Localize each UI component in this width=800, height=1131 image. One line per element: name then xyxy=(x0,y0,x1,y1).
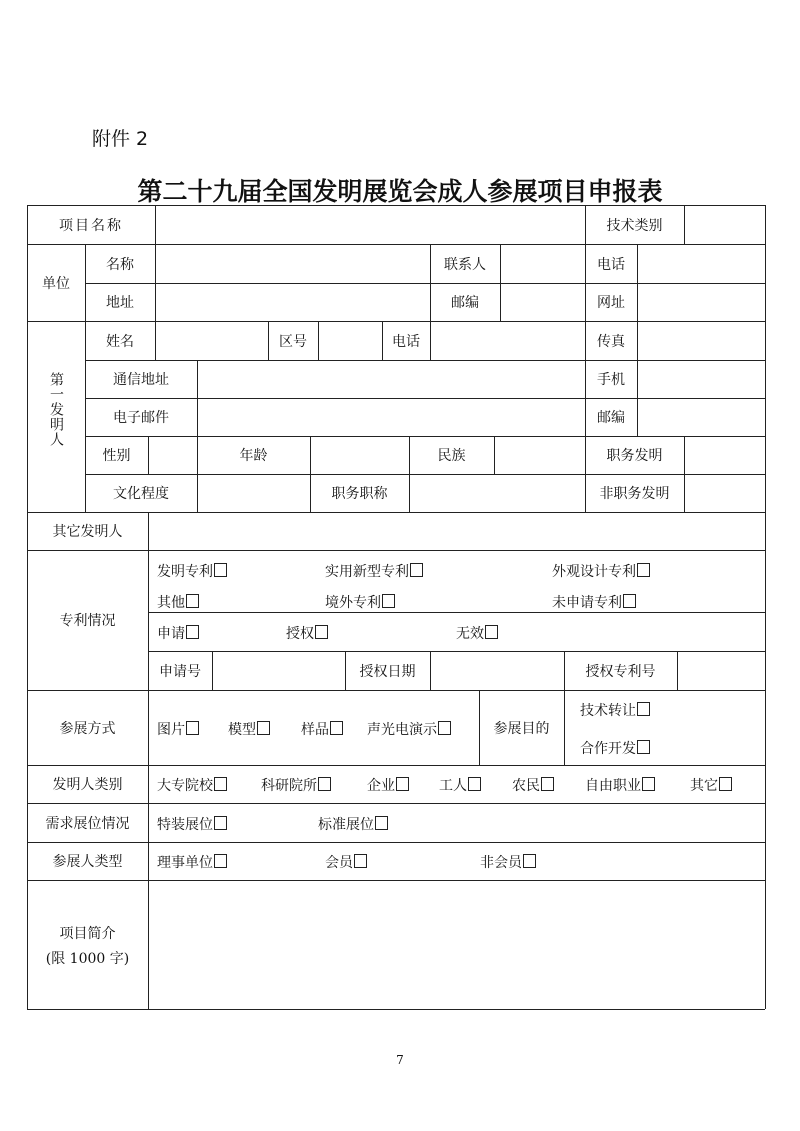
row-divider xyxy=(148,612,765,613)
checkbox-icon[interactable] xyxy=(315,625,328,639)
option-label: 授权 xyxy=(286,626,314,642)
option-label: 企业 xyxy=(367,778,395,794)
checkbox-icon[interactable] xyxy=(637,740,650,754)
option-label: 标准展位 xyxy=(318,817,374,833)
checkbox-icon[interactable] xyxy=(354,854,367,868)
other-inventors-label: 其它发明人 xyxy=(27,512,148,550)
category-college-checkbox[interactable]: 大专院校 xyxy=(157,775,227,795)
category-freelance-checkbox[interactable]: 自由职业 xyxy=(585,775,655,795)
attachment-label: 附件 2 xyxy=(92,124,148,151)
exhibitor-member-checkbox[interactable]: 会员 xyxy=(325,852,367,872)
patent-status-invalid-checkbox[interactable]: 无效 xyxy=(456,623,498,643)
unit-postcode-label: 邮编 xyxy=(430,283,500,321)
project-name-field[interactable] xyxy=(156,206,585,244)
email-label: 电子邮件 xyxy=(85,398,197,436)
booth-special-checkbox[interactable]: 特装展位 xyxy=(157,814,227,834)
option-label: 申请 xyxy=(157,626,185,642)
booth-need-label: 需求展位情况 xyxy=(27,803,148,842)
service-invention-field[interactable] xyxy=(685,437,765,474)
fax-field[interactable] xyxy=(638,322,765,360)
checkbox-icon[interactable] xyxy=(214,777,227,791)
inventor-postcode-field[interactable] xyxy=(638,399,765,436)
option-label: 未申请专利 xyxy=(552,595,622,611)
option-label: 理事单位 xyxy=(157,855,213,871)
other-inventors-field[interactable] xyxy=(149,513,765,550)
grant-patent-no-field[interactable] xyxy=(678,652,765,690)
checkbox-icon[interactable] xyxy=(257,721,270,735)
email-field[interactable] xyxy=(198,399,585,436)
option-label: 技术转让 xyxy=(580,703,636,719)
checkbox-icon[interactable] xyxy=(623,594,636,608)
category-enterprise-checkbox[interactable]: 企业 xyxy=(367,775,409,795)
option-label: 其它 xyxy=(690,778,718,794)
unit-website-label: 网址 xyxy=(585,283,637,321)
patent-type-invention-checkbox[interactable]: 发明专利 xyxy=(157,561,227,581)
education-label: 文化程度 xyxy=(85,474,197,512)
form-title: 第二十九届全国发明展览会成人参展项目申报表 xyxy=(0,172,800,208)
inventor-phone-field[interactable] xyxy=(431,322,585,360)
exhibitor-council-checkbox[interactable]: 理事单位 xyxy=(157,852,227,872)
unit-phone-label: 电话 xyxy=(585,244,637,283)
checkbox-icon[interactable] xyxy=(396,777,409,791)
checkbox-icon[interactable] xyxy=(719,777,732,791)
page-number: 7 xyxy=(0,1053,800,1067)
project-name-label: 项目名称 xyxy=(27,205,155,244)
grant-date-label: 授权日期 xyxy=(345,651,430,690)
checkbox-icon[interactable] xyxy=(186,625,199,639)
application-no-label: 申请号 xyxy=(148,651,212,690)
unit-website-field[interactable] xyxy=(638,284,765,321)
unit-contact-label: 联系人 xyxy=(430,244,500,283)
age-field[interactable] xyxy=(311,437,409,474)
booth-standard-checkbox[interactable]: 标准展位 xyxy=(318,814,388,834)
checkbox-icon[interactable] xyxy=(214,816,227,830)
grant-date-field[interactable] xyxy=(431,652,564,690)
unit-name-field[interactable] xyxy=(156,245,430,283)
exhibitor-nonmember-checkbox[interactable]: 非会员 xyxy=(480,852,536,872)
inventor-postcode-label: 邮编 xyxy=(585,398,637,436)
inventor-phone-label: 电话 xyxy=(382,321,430,360)
service-invention-label: 职务发明 xyxy=(585,436,684,474)
purpose-cooperation-checkbox[interactable]: 合作开发 xyxy=(580,738,650,758)
checkbox-icon[interactable] xyxy=(438,721,451,735)
option-label: 会员 xyxy=(325,855,353,871)
checkbox-icon[interactable] xyxy=(214,854,227,868)
grant-patent-no-label: 授权专利号 xyxy=(564,651,677,690)
category-farmer-checkbox[interactable]: 农民 xyxy=(512,775,554,795)
checkbox-icon[interactable] xyxy=(523,854,536,868)
mobile-label: 手机 xyxy=(585,360,637,398)
option-label: 图片 xyxy=(157,722,185,738)
ethnicity-field[interactable] xyxy=(495,437,585,474)
option-label: 样品 xyxy=(301,722,329,738)
checkbox-icon[interactable] xyxy=(541,777,554,791)
patent-status-granted-checkbox[interactable]: 授权 xyxy=(286,623,328,643)
fax-label: 传真 xyxy=(585,321,637,360)
category-other-checkbox[interactable]: 其它 xyxy=(690,775,732,795)
option-label: 自由职业 xyxy=(585,778,641,794)
checkbox-icon[interactable] xyxy=(485,625,498,639)
checkbox-icon[interactable] xyxy=(186,721,199,735)
unit-label: 单位 xyxy=(27,244,85,321)
checkbox-icon[interactable] xyxy=(637,563,650,577)
checkbox-icon[interactable] xyxy=(637,702,650,716)
option-label: 外观设计专利 xyxy=(552,564,636,580)
mail-address-field[interactable] xyxy=(198,361,585,398)
checkbox-icon[interactable] xyxy=(375,816,388,830)
option-label: 声光电演示 xyxy=(367,722,437,738)
checkbox-icon[interactable] xyxy=(468,777,481,791)
option-label: 大专院校 xyxy=(157,778,213,794)
option-label: 合作开发 xyxy=(580,741,636,757)
exhibit-purpose-label: 参展目的 xyxy=(479,690,564,765)
tech-category-label: 技术类别 xyxy=(585,205,684,244)
exhibit-mode-av-demo-checkbox[interactable]: 声光电演示 xyxy=(367,719,451,739)
inventor-name-label: 姓名 xyxy=(85,321,155,360)
col-divider xyxy=(564,690,565,765)
category-research-checkbox[interactable]: 科研院所 xyxy=(261,775,331,795)
option-label: 发明专利 xyxy=(157,564,213,580)
option-label: 模型 xyxy=(228,722,256,738)
patent-type-foreign-checkbox[interactable]: 境外专利 xyxy=(325,592,395,612)
exhibit-mode-model-checkbox[interactable]: 模型 xyxy=(228,719,270,739)
option-label: 非会员 xyxy=(480,855,522,871)
exhibit-mode-picture-checkbox[interactable]: 图片 xyxy=(157,719,199,739)
non-service-invention-field[interactable] xyxy=(685,475,765,512)
checkbox-icon[interactable] xyxy=(642,777,655,791)
age-label: 年龄 xyxy=(197,436,310,474)
exhibit-mode-label: 参展方式 xyxy=(27,690,148,765)
option-label: 工人 xyxy=(439,778,467,794)
ethnicity-label: 民族 xyxy=(409,436,494,474)
table-border-bottom xyxy=(27,1009,765,1010)
category-worker-checkbox[interactable]: 工人 xyxy=(439,775,481,795)
exhibit-mode-sample-checkbox[interactable]: 样品 xyxy=(301,719,343,739)
table-border-right xyxy=(765,205,766,1009)
unit-address-label: 地址 xyxy=(85,283,155,321)
unit-name-label: 名称 xyxy=(85,244,155,283)
gender-label: 性别 xyxy=(85,436,148,474)
checkbox-icon[interactable] xyxy=(214,563,227,577)
education-field[interactable] xyxy=(198,475,310,512)
first-inventor-label: 第一发明人 xyxy=(46,372,66,447)
unit-address-field[interactable] xyxy=(156,284,430,321)
mail-address-label: 通信地址 xyxy=(85,360,197,398)
job-title-label: 职务职称 xyxy=(310,474,409,512)
patent-type-none-checkbox[interactable]: 未申请专利 xyxy=(552,592,636,612)
summary-label: 项目简介 xyxy=(27,921,148,945)
patent-label: 专利情况 xyxy=(27,550,148,690)
checkbox-icon[interactable] xyxy=(382,594,395,608)
mobile-field[interactable] xyxy=(638,361,765,398)
job-title-field[interactable] xyxy=(410,475,585,512)
checkbox-icon[interactable] xyxy=(186,594,199,608)
tech-category-field[interactable] xyxy=(685,206,765,244)
area-code-label: 区号 xyxy=(268,321,318,360)
patent-status-applied-checkbox[interactable]: 申请 xyxy=(157,623,199,643)
checkbox-icon[interactable] xyxy=(318,777,331,791)
area-code-field[interactable] xyxy=(319,322,382,360)
unit-contact-field[interactable] xyxy=(501,245,585,283)
purpose-tech-transfer-checkbox[interactable]: 技术转让 xyxy=(580,700,650,720)
non-service-invention-label: 非职务发明 xyxy=(585,474,684,512)
checkbox-icon[interactable] xyxy=(410,563,423,577)
option-label: 实用新型专利 xyxy=(325,564,409,580)
patent-type-utility-checkbox[interactable]: 实用新型专利 xyxy=(325,561,423,581)
unit-phone-field[interactable] xyxy=(638,245,765,283)
summary-limit-note: (限 1000 字) xyxy=(27,946,148,970)
gender-field[interactable] xyxy=(149,437,197,474)
inventor-name-field[interactable] xyxy=(156,322,268,360)
option-label: 农民 xyxy=(512,778,540,794)
option-label: 无效 xyxy=(456,626,484,642)
option-label: 境外专利 xyxy=(325,595,381,611)
option-label: 特装展位 xyxy=(157,817,213,833)
summary-field[interactable] xyxy=(149,881,765,1009)
patent-type-other-checkbox[interactable]: 其他 xyxy=(157,592,199,612)
inventor-category-label: 发明人类别 xyxy=(27,765,148,803)
exhibitor-type-label: 参展人类型 xyxy=(27,842,148,880)
patent-type-design-checkbox[interactable]: 外观设计专利 xyxy=(552,561,650,581)
application-no-field[interactable] xyxy=(213,652,345,690)
checkbox-icon[interactable] xyxy=(330,721,343,735)
option-label: 科研院所 xyxy=(261,778,317,794)
unit-postcode-field[interactable] xyxy=(501,284,585,321)
option-label: 其他 xyxy=(157,595,185,611)
